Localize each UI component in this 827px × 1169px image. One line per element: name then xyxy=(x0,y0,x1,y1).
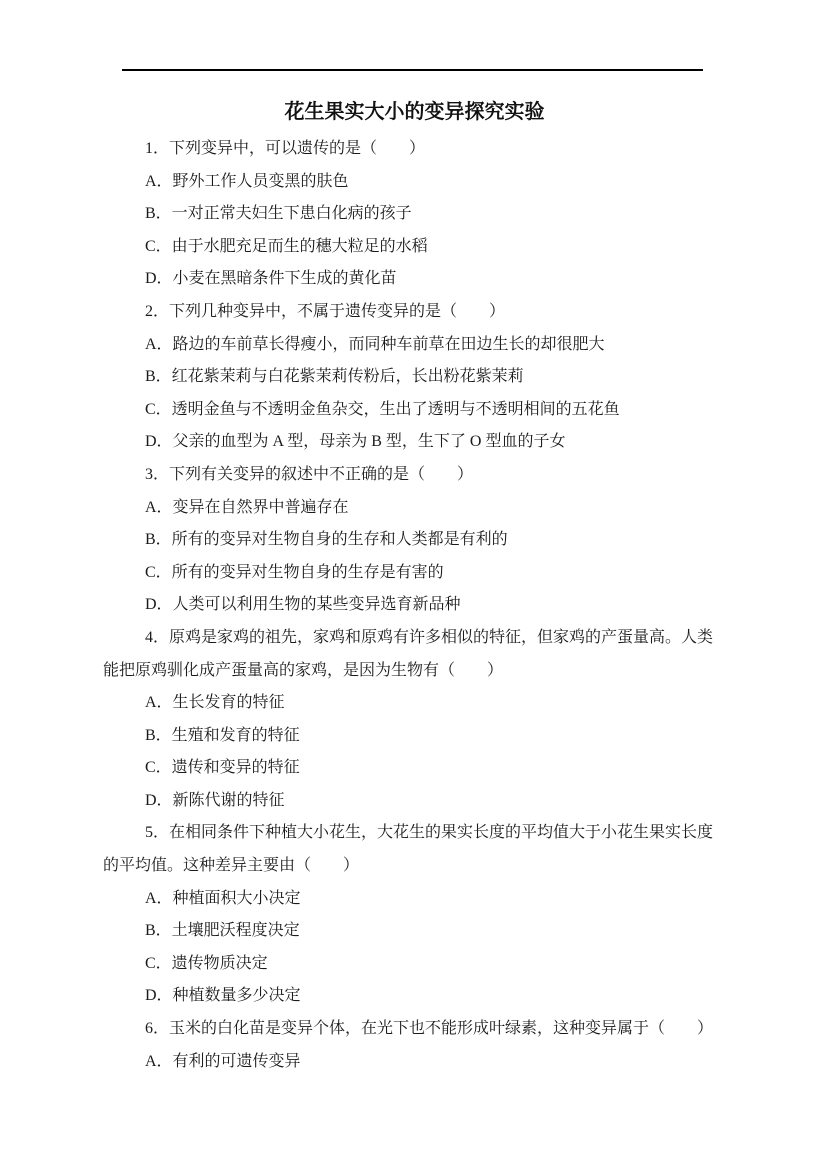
question-stem: 5．在相同条件下种植大小花生，大花生的果实长度的平均值大于小花生果实长度的平均值… xyxy=(103,817,726,882)
option: D．人类可以利用生物的某些变异选育新品种 xyxy=(145,589,726,622)
option: C．透明金鱼与不透明金鱼杂交，生出了透明与不透明相间的五花鱼 xyxy=(145,394,726,427)
option: B．土壤肥沃程度决定 xyxy=(145,915,726,948)
question-stem: 2．下列几种变异中，不属于遗传变异的是（ ） xyxy=(103,296,726,329)
option: C．遗传物质决定 xyxy=(145,948,726,981)
option: A．路边的车前草长得瘦小，而同种车前草在田边生长的却很肥大 xyxy=(145,329,726,362)
page-title: 花生果实大小的变异探究实验 xyxy=(103,96,726,129)
option: B．生殖和发育的特征 xyxy=(145,720,726,753)
option: A．野外工作人员变黑的肤色 xyxy=(145,166,726,199)
document-content: 花生果实大小的变异探究实验 1．下列变异中，可以遗传的是（ ） A．野外工作人员… xyxy=(103,96,726,1078)
header-rule xyxy=(122,69,703,71)
option: A．种植面积大小决定 xyxy=(145,883,726,916)
option: D．新陈代谢的特征 xyxy=(145,785,726,818)
option: B．一对正常夫妇生下患白化病的孩子 xyxy=(145,198,726,231)
question-stem: 1．下列变异中，可以遗传的是（ ） xyxy=(103,133,726,166)
document-page: 花生果实大小的变异探究实验 1．下列变异中，可以遗传的是（ ） A．野外工作人员… xyxy=(0,0,827,1169)
option: D．种植数量多少决定 xyxy=(145,980,726,1013)
option: B．所有的变异对生物自身的生存和人类都是有利的 xyxy=(145,524,726,557)
option: C．遗传和变异的特征 xyxy=(145,752,726,785)
question-stem: 6．玉米的白化苗是变异个体，在光下也不能形成叶绿素，这种变异属于（ ） xyxy=(103,1013,726,1046)
question-stem: 4．原鸡是家鸡的祖先，家鸡和原鸡有许多相似的特征，但家鸡的产蛋量高。人类能把原鸡… xyxy=(103,622,726,687)
option: A．生长发育的特征 xyxy=(145,687,726,720)
option: A．变异在自然界中普遍存在 xyxy=(145,492,726,525)
option: C．由于水肥充足而生的穗大粒足的水稻 xyxy=(145,231,726,264)
option: D．父亲的血型为 A 型，母亲为 B 型，生下了 O 型血的子女 xyxy=(145,426,726,459)
option: C．所有的变异对生物自身的生存是有害的 xyxy=(145,557,726,590)
option: B．红花紫茉莉与白花紫茉莉传粉后，长出粉花紫茉莉 xyxy=(145,361,726,394)
question-stem: 3．下列有关变异的叙述中不正确的是（ ） xyxy=(103,459,726,492)
option: A．有利的可遗传变异 xyxy=(145,1046,726,1079)
option: D．小麦在黑暗条件下生成的黄化苗 xyxy=(145,263,726,296)
